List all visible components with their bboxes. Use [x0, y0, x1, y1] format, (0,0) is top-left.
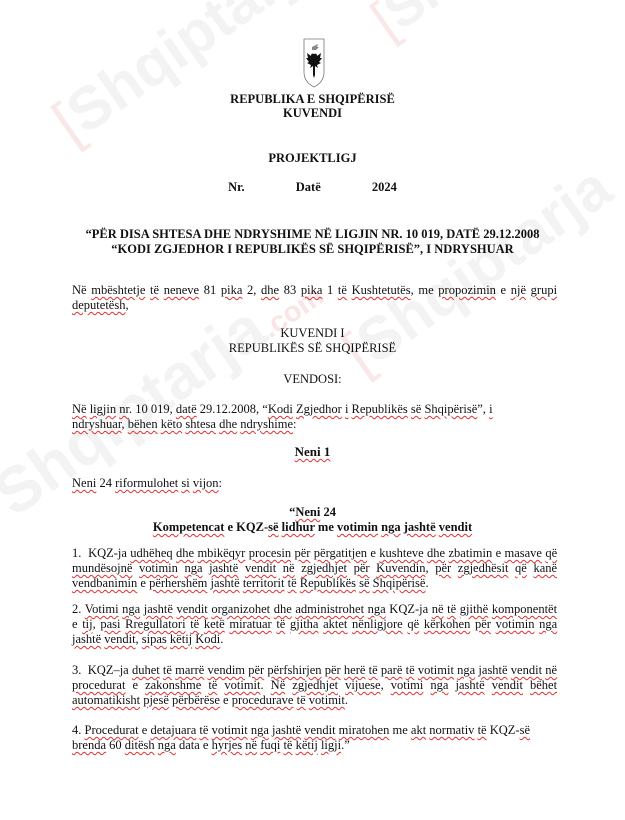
article-24-paragraph-3: 3. KQZ–ja duhet të marrë vendim për përf… [72, 663, 557, 708]
nr-label: Nr. [228, 180, 245, 194]
preamble-basis: Në mbështetje të neneve 81 pika 2, dhe 8… [72, 283, 557, 313]
decides-label: VENDOSI: [0, 372, 625, 387]
coat-of-arms-icon [303, 38, 325, 88]
country-name: REPUBLIKA E SHQIPËRISË [0, 92, 625, 106]
law-title-line1: “PËR DISA SHTESA DHE NDRYSHIME NË LIGJIN… [0, 227, 625, 242]
article-24-paragraph-1: 1. KQZ-ja udhëheq dhe mbikëqyr procesin … [72, 546, 557, 591]
article-1-heading: Neni 1 [0, 444, 625, 460]
article-24-heading: “Neni 24 [0, 505, 625, 520]
law-title-line2: “KODI ZGJEDHOR I REPUBLIKËS SË SHQIPËRIS… [0, 242, 625, 257]
article-24-subtitle: Kompetencat e KQZ-së lidhur me votimin n… [0, 520, 625, 535]
law-title: “PËR DISA SHTESA DHE NDRYSHIME NË LIGJIN… [0, 227, 625, 257]
year: 2024 [372, 180, 397, 194]
article-24-paragraph-4: 4. Procedurat e detajuara të votimit nga… [72, 723, 557, 753]
preamble-intro: Në ligjin nr. 10 019, datë 29.12.2008, “… [72, 402, 557, 432]
assembly-name: KUVENDI I REPUBLIKËS SË SHQIPËRISË [0, 326, 625, 356]
document-page: REPUBLIKA E SHQIPËRISË KUVENDI PROJEKTLI… [0, 0, 625, 820]
article-24-heading-block: “Neni 24 Kompetencat e KQZ-së lidhur me … [0, 505, 625, 535]
article-1-lead: Neni 24 riformulohet si vijon: [72, 476, 557, 491]
document-type: PROJEKTLIGJ [0, 151, 625, 165]
date-label: Datë [296, 180, 321, 194]
header-block: REPUBLIKA E SHQIPËRISË KUVENDI [0, 92, 625, 120]
number-date-line: Nr. Datë 2024 [0, 180, 625, 194]
institution-name: KUVENDI [0, 106, 625, 120]
article-24-paragraph-2: 2. Votimi nga jashtë vendit organizohet … [72, 602, 557, 647]
